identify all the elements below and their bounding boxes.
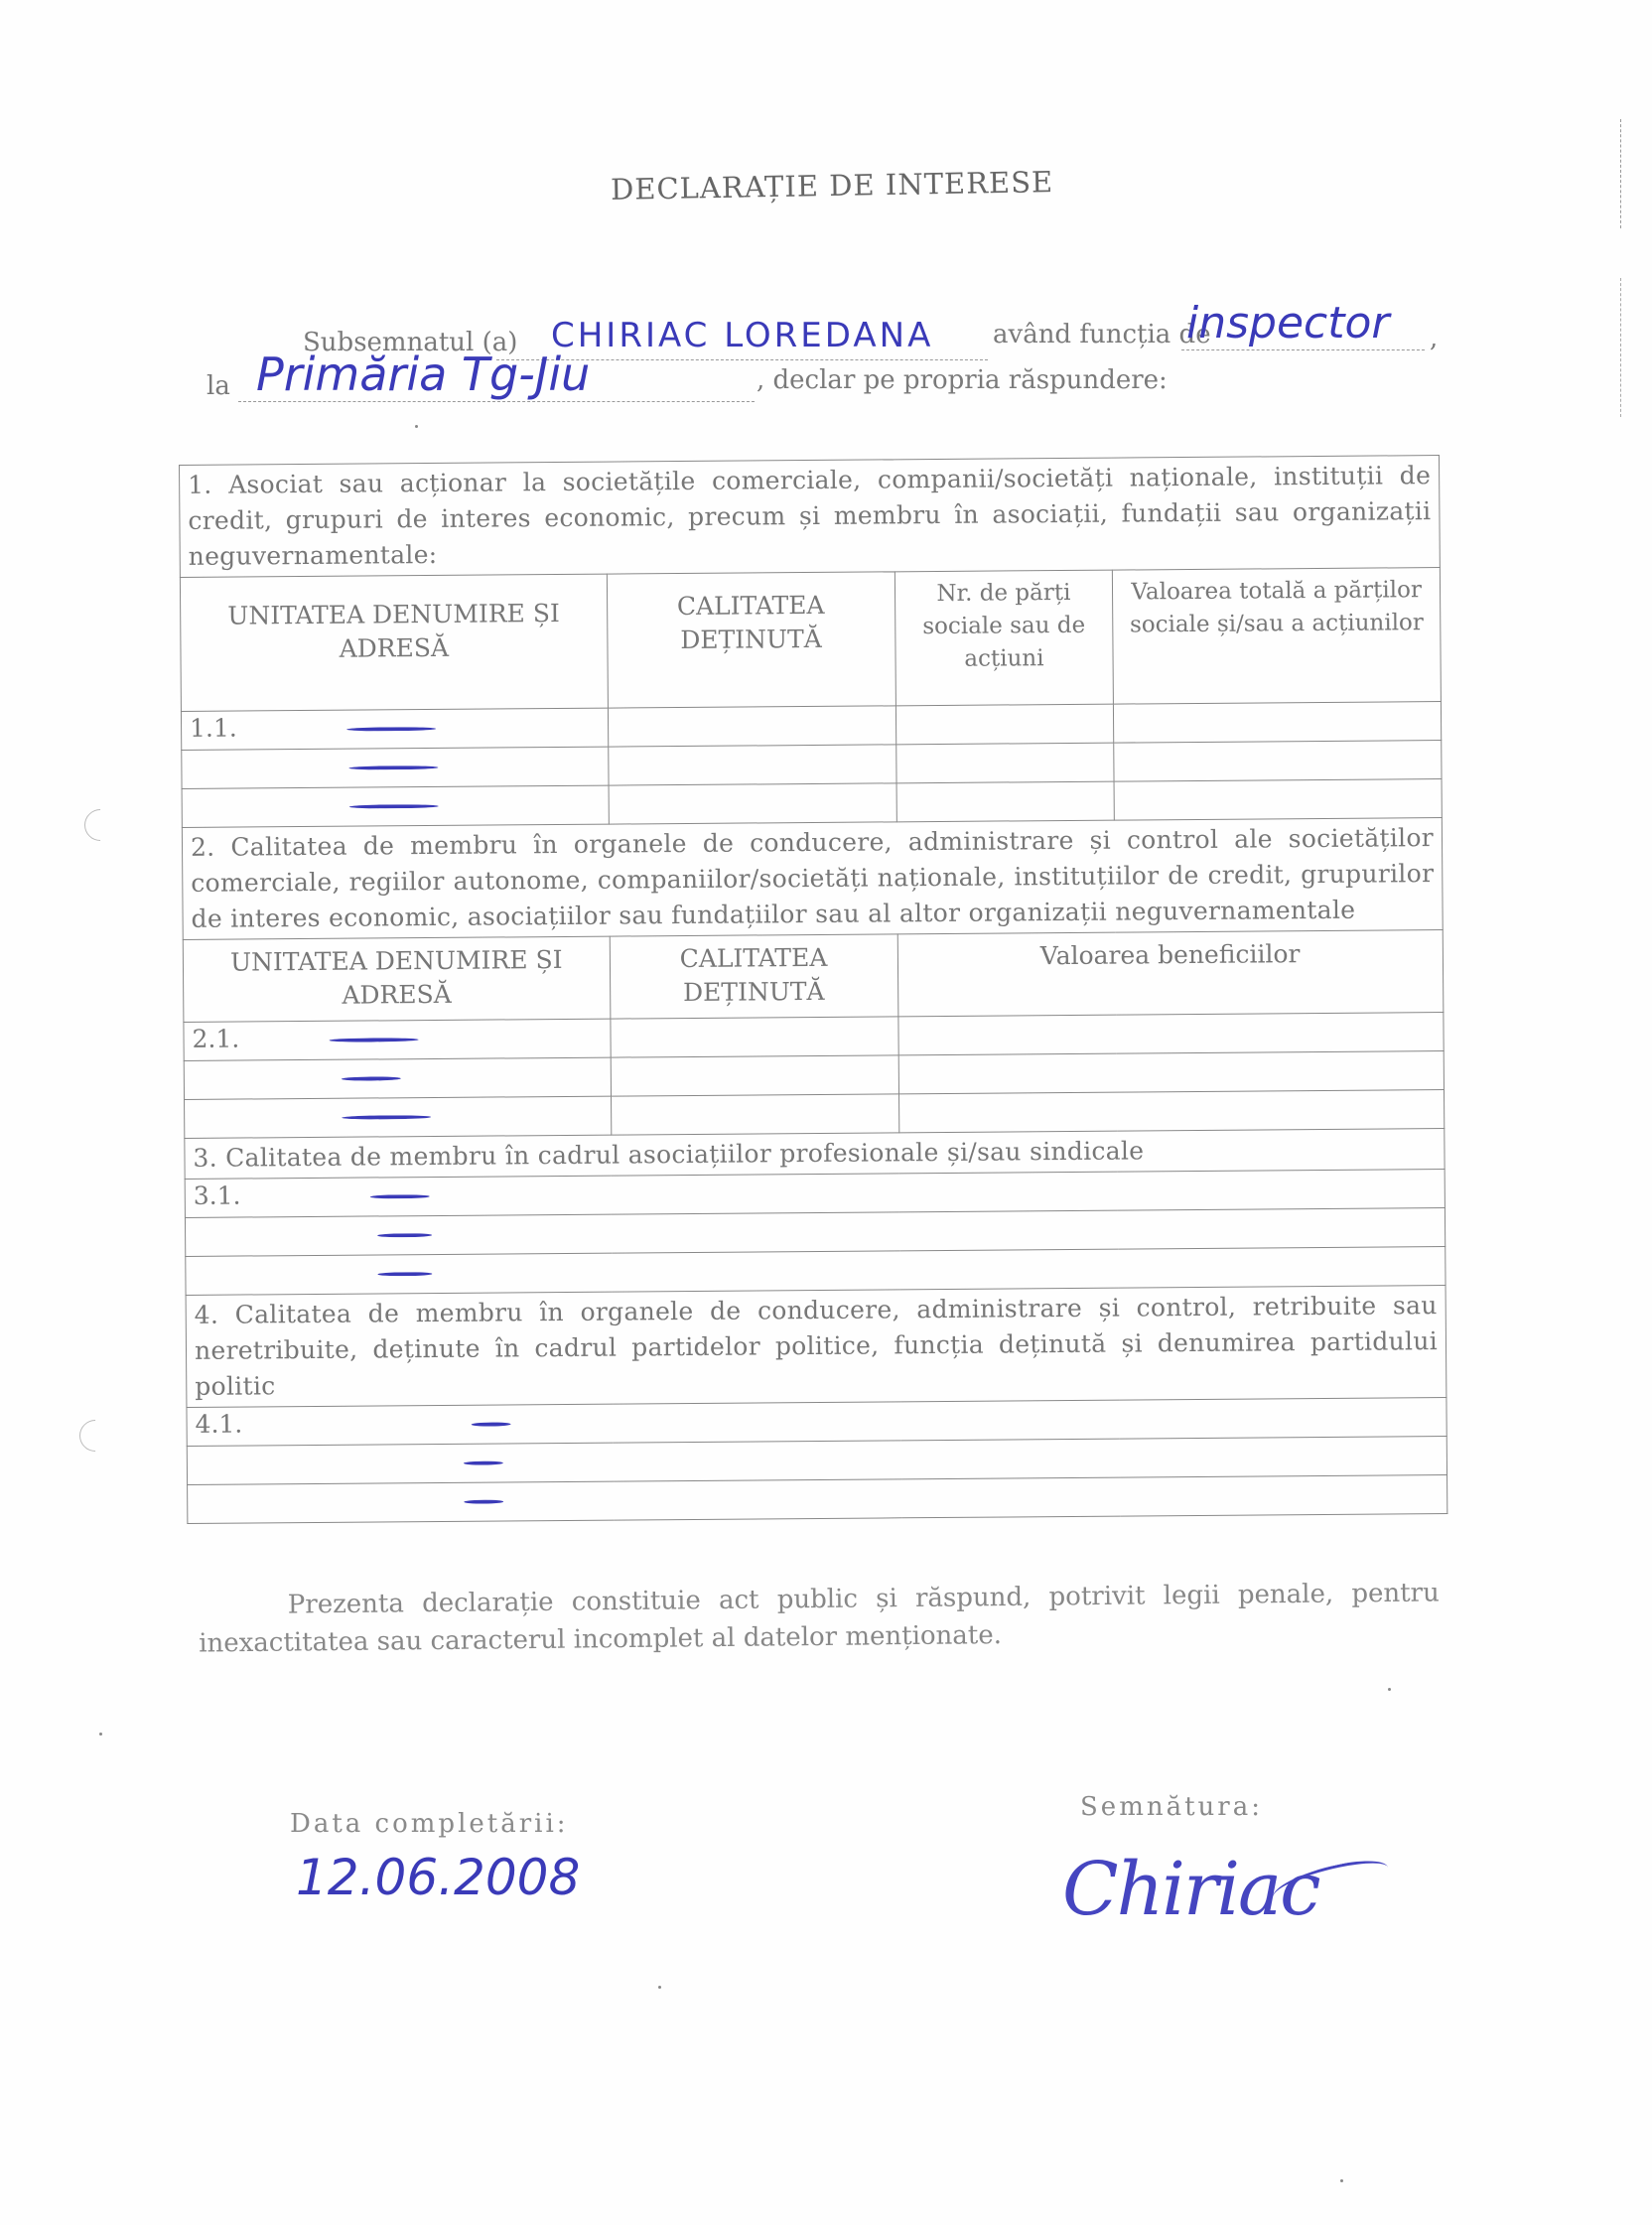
empty-dash-mark	[464, 1499, 503, 1503]
empty-dash-mark	[329, 1038, 418, 1043]
function-field[interactable]: inspector	[1186, 298, 1390, 348]
scan-speck	[658, 1986, 661, 1989]
shares-count-cell[interactable]	[896, 781, 1115, 822]
role-cell[interactable]	[608, 706, 895, 747]
column-header-role: CALITATEA DEȚINUTĂ	[610, 934, 897, 1019]
empty-dash-mark	[342, 1076, 401, 1080]
row-label: 1.1.	[181, 708, 608, 750]
role-cell[interactable]	[611, 1055, 898, 1096]
column-header-unit: UNITATEA DENUMIRE ȘI ADRESĂ	[183, 936, 610, 1022]
function-underline	[1181, 349, 1425, 350]
punch-hole-mark	[72, 1413, 117, 1458]
column-header-unit: UNITATEA DENUMIRE ȘI ADRESĂ	[180, 574, 608, 711]
empty-dash-mark	[349, 803, 439, 808]
shares-value-cell[interactable]	[1114, 702, 1442, 744]
shares-count-cell[interactable]	[895, 743, 1114, 783]
document-title: DECLARAȚIE DE INTERESE	[611, 165, 1054, 207]
shares-value-cell[interactable]	[1114, 741, 1442, 782]
row-label: 2.1.	[184, 1019, 611, 1060]
benefits-cell[interactable]	[897, 1013, 1444, 1055]
column-header-role: CALITATEA DEȚINUTĂ	[607, 572, 895, 708]
role-cell[interactable]	[609, 783, 896, 824]
section-2-heading: 2. Calitatea de membru în organele de co…	[182, 818, 1443, 940]
empty-dash-mark	[369, 1194, 429, 1198]
row-label	[182, 747, 609, 788]
row-label	[185, 1096, 612, 1138]
section-1-heading: 1. Asociat sau acționar la societățile c…	[180, 456, 1441, 578]
column-header-shares-value: Valoarea totală a părților sociale și/sa…	[1113, 568, 1442, 705]
interests-table: 1. Asociat sau acționar la societățile c…	[179, 455, 1447, 1524]
column-header-benefits-value: Valoarea beneficiilor	[897, 930, 1444, 1017]
scan-speck	[1388, 1688, 1391, 1691]
scanned-page: DECLARAȚIE DE INTERESE Subsemnatul (a) C…	[0, 0, 1652, 2225]
page-edge-mark	[1620, 119, 1621, 228]
shares-value-cell[interactable]	[1114, 779, 1442, 821]
declare-text: , declar pe propria răspundere:	[757, 365, 1168, 395]
column-header-shares-count: Nr. de părți sociale sau de acțiuni	[895, 570, 1114, 706]
empty-dash-mark	[471, 1422, 510, 1426]
function-label: având funcția de	[993, 320, 1211, 349]
signature-label: Semnătura:	[1080, 1792, 1263, 1822]
scan-speck	[1340, 2179, 1343, 2182]
la-label: la	[206, 371, 230, 401]
benefits-cell[interactable]	[898, 1090, 1445, 1133]
role-cell[interactable]	[608, 745, 895, 785]
empty-dash-mark	[342, 1115, 431, 1120]
scan-speck	[99, 1733, 102, 1736]
shares-count-cell[interactable]	[895, 704, 1114, 745]
empty-dash-mark	[464, 1460, 503, 1464]
benefits-cell[interactable]	[898, 1051, 1445, 1094]
institution-field[interactable]: Primăria Tg-Jiu	[256, 348, 590, 401]
scan-speck	[415, 425, 418, 428]
page-edge-mark	[1620, 278, 1621, 417]
row-label	[184, 1057, 611, 1099]
empty-dash-mark	[377, 1233, 432, 1237]
legal-statement: Prezenta declarație constituie act publi…	[199, 1574, 1441, 1662]
punch-hole-mark	[77, 802, 122, 847]
row-label	[182, 785, 609, 827]
empty-dash-mark	[348, 765, 438, 769]
name-field[interactable]: CHIRIAC LOREDANA	[551, 316, 933, 355]
role-cell[interactable]	[611, 1094, 898, 1135]
empty-dash-mark	[377, 1272, 432, 1276]
role-cell[interactable]	[611, 1017, 898, 1057]
date-label: Data completării:	[290, 1809, 569, 1839]
date-field[interactable]: 12.06.2008	[296, 1849, 580, 1906]
institution-underline	[238, 401, 755, 402]
section-4-heading: 4. Calitatea de membru în organele de co…	[186, 1286, 1446, 1408]
empty-dash-mark	[346, 726, 436, 731]
